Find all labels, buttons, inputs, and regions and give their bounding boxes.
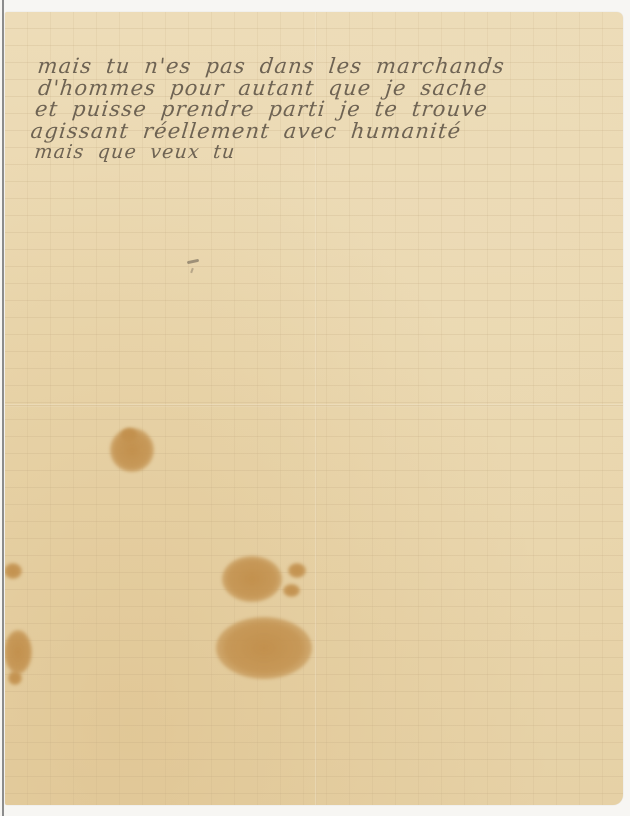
handwriting-line-3: et puisse prendre parti je te trouve [32,99,614,121]
stain-large-lower [216,617,312,679]
stain-dot-mid [283,584,300,597]
stain-cluster-upper [222,556,282,602]
handwriting-line-1: mais tu n'es pas dans les marchands [36,56,618,78]
handwriting-line-5: mais que veux tu [27,142,609,164]
stain-edge-left-large [5,630,32,674]
handwritten-text: mais tu n'es pas dans les marchands d'ho… [27,56,618,164]
horizontal-fold-line [5,404,623,407]
stain-dot-right [288,563,306,578]
handwriting-line-2: d'hommes pour autant que je sache [34,78,616,100]
stain-small-upper-left-top [121,428,137,442]
viewer-left-border [2,0,4,816]
stain-edge-left-small [8,671,22,685]
handwriting-line-4: agissant réellement avec humanité [30,121,612,143]
letter-page: mais tu n'es pas dans les marchands d'ho… [5,12,623,805]
